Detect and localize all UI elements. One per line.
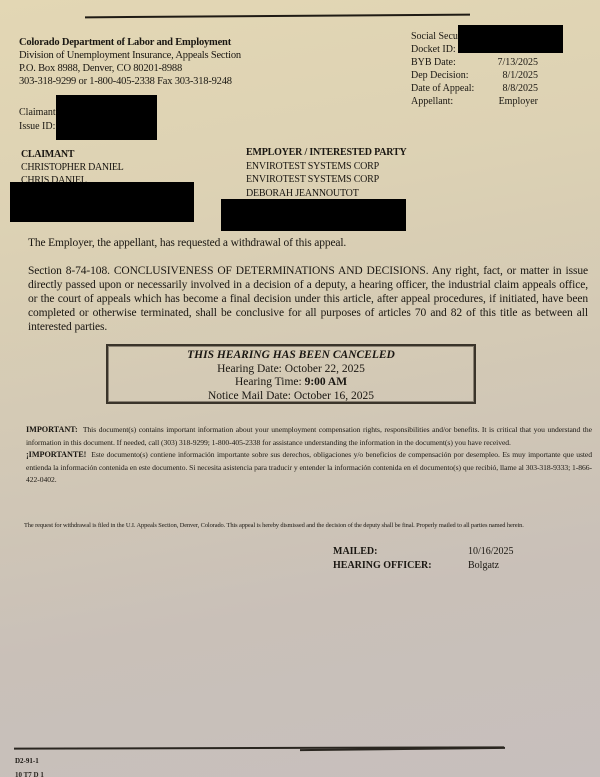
employer-heading: EMPLOYER / INTERESTED PARTY: [246, 146, 406, 160]
redaction-ssn-docket: [458, 25, 563, 53]
employer-contact: DEBORAH JEANNOUTOT: [246, 187, 406, 201]
appellant-label: Appellant:: [411, 95, 488, 108]
notice-mail-date: Notice Mail Date: October 16, 2025: [108, 390, 474, 404]
withdrawal-dismissal-note: The request for withdrawal is filed in t…: [24, 519, 589, 532]
important-english: IMPORTANT: This document(s) contains imp…: [26, 424, 592, 449]
dep-decision-label: Dep Decision:: [411, 69, 488, 82]
byb-value: 7/13/2025: [488, 56, 538, 69]
important-notice: IMPORTANT: This document(s) contains imp…: [26, 424, 592, 487]
signature-block: MAILED: 10/16/2025 HEARING OFFICER: Bolg…: [333, 545, 514, 573]
claimant-heading: CLAIMANT: [21, 148, 123, 161]
issue-id-label: Issue ID:: [19, 120, 56, 134]
form-code: D2-91-1: [15, 757, 39, 765]
hearing-notice-box: THIS HEARING HAS BEEN CANCELED Hearing D…: [106, 344, 476, 404]
redaction-claim-ids: [56, 95, 157, 140]
mailed-value: 10/16/2025: [468, 545, 514, 559]
agency-name: Colorado Department of Labor and Employm…: [19, 36, 241, 49]
top-rule: [85, 14, 470, 19]
canceled-heading: THIS HEARING HAS BEEN CANCELED: [108, 349, 474, 363]
agency-phones: 303-318-9299 or 1-800-405-2338 Fax 303-3…: [19, 75, 241, 88]
dep-decision-value: 8/1/2025: [488, 69, 538, 82]
hearing-officer-label: HEARING OFFICER:: [333, 559, 468, 573]
notice-mail-date-value: October 16, 2025: [294, 390, 374, 402]
redaction-employer-address: [221, 199, 406, 231]
employer-line-1: ENVIROTEST SYSTEMS CORP: [246, 160, 406, 174]
hearing-time: Hearing Time: 9:00 AM: [108, 376, 474, 390]
important-label: IMPORTANT:: [26, 425, 78, 434]
hearing-officer-value: Bolgatz: [468, 559, 514, 573]
agency-address: P.O. Box 8988, Denver, CO 80201-8988: [19, 62, 241, 75]
mailed-label: MAILED:: [333, 545, 468, 559]
agency-header: Colorado Department of Labor and Employm…: [19, 36, 241, 88]
hearing-time-value: 9:00 AM: [305, 376, 347, 388]
appellant-value: Employer: [488, 95, 538, 108]
claimant-name: CHRISTOPHER DANIEL: [21, 161, 123, 174]
hearing-date: Hearing Date: October 22, 2025: [108, 363, 474, 377]
appeal-date-label: Date of Appeal:: [411, 82, 488, 95]
agency-division: Division of Unemployment Insurance, Appe…: [19, 49, 241, 62]
hearing-date-value: October 22, 2025: [285, 363, 365, 375]
important-spanish: ¡IMPORTANTE! Este documento(s) contiene …: [26, 449, 592, 487]
importante-label: ¡IMPORTANTE!: [26, 450, 86, 459]
employer-block: EMPLOYER / INTERESTED PARTY ENVIROTEST S…: [246, 146, 406, 200]
withdrawal-statement: The Employer, the appellant, has request…: [28, 237, 346, 249]
statute-paragraph: Section 8-74-108. CONCLUSIVENESS OF DETE…: [28, 264, 588, 334]
byb-label: BYB Date:: [411, 56, 488, 69]
appeal-date-value: 8/8/2025: [488, 82, 538, 95]
claim-ids: Claimant Issue ID:: [19, 106, 56, 134]
employer-line-2: ENVIROTEST SYSTEMS CORP: [246, 173, 406, 187]
important-text: This document(s) contains important info…: [26, 425, 592, 447]
importante-text: Este documento(s) contiene información i…: [26, 450, 592, 484]
form-code-secondary: 10 T7 D 1: [15, 771, 44, 777]
redaction-claimant-address: [10, 182, 194, 222]
claimant-id-label: Claimant: [19, 106, 56, 120]
